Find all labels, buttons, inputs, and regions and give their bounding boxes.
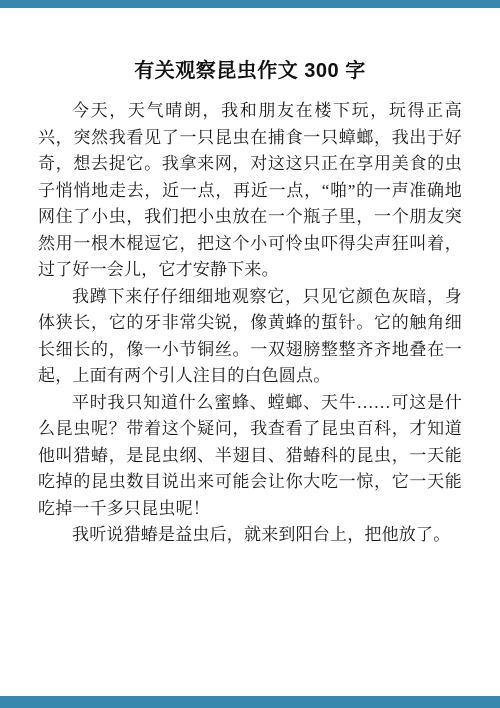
essay-paragraph: 平时我只知道什么蜜蜂、螳螂、天牛……可这是什么昆虫呢？带着这个疑问，我查看了昆虫… xyxy=(38,390,462,523)
essay-body: 今天，天气晴朗，我和朋友在楼下玩，玩得正高兴，突然我看见了一只昆虫在捕食一只蟑螂… xyxy=(38,98,462,549)
essay-paragraph: 今天，天气晴朗，我和朋友在楼下玩，玩得正高兴，突然我看见了一只昆虫在捕食一只蟑螂… xyxy=(38,98,462,284)
essay-title: 有关观察昆虫作文 300 字 xyxy=(38,57,462,85)
bottom-accent-bar xyxy=(0,696,500,708)
document-page: 有关观察昆虫作文 300 字 今天，天气晴朗，我和朋友在楼下玩，玩得正高兴，突然… xyxy=(0,0,500,708)
essay-paragraph: 我蹲下来仔仔细细地观察它，只见它颜色灰暗，身体狭长，它的牙非常尖锐，像黄蜂的蜇针… xyxy=(38,284,462,390)
essay-content: 有关观察昆虫作文 300 字 今天，天气晴朗，我和朋友在楼下玩，玩得正高兴，突然… xyxy=(0,8,500,549)
essay-paragraph: 我听说猎蝽是益虫后，就来到阳台上，把他放了。 xyxy=(38,522,462,549)
top-accent-bar xyxy=(0,0,500,8)
